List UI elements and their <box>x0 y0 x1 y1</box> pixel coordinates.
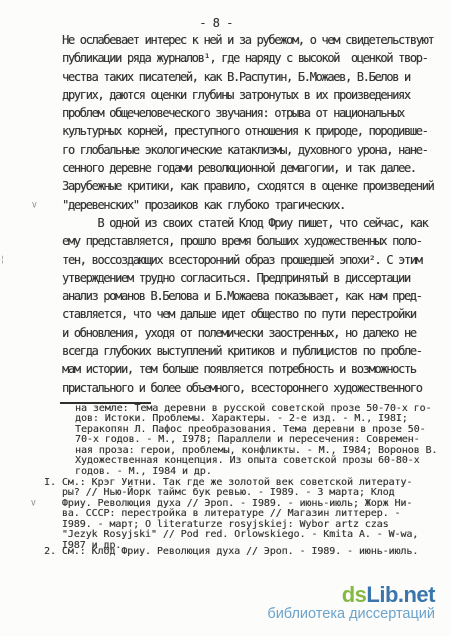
page-number: - 8 - <box>188 16 244 30</box>
dslib-logo-libnet: Lib.net <box>366 582 435 607</box>
footnote-2: 2. См.: Клод Фриу. Революция духа // Эро… <box>44 547 418 557</box>
footnote-1: I. См.: Крэг Уитни. Так где же золотой в… <box>44 478 418 551</box>
scan-artifact-edge-tick: ¦ <box>1 256 4 264</box>
main-body-text: Не ослабевает интерес к ней и за рубежом… <box>62 31 444 397</box>
scan-artifact-mark: v <box>31 498 36 508</box>
dslib-subtitle: библиотека диссертаций <box>267 607 435 622</box>
dslib-logo: dsLib.net <box>267 583 435 606</box>
footnote-continuation: на земле: Тема деревни в русской советск… <box>75 404 437 477</box>
dslib-watermark: dsLib.net библиотека диссертаций <box>267 583 435 622</box>
scan-artifact-mark: v <box>32 200 37 210</box>
dslib-logo-ds: ds <box>342 582 367 607</box>
scanned-dissertation-page: - 8 - Не ослабевает интерес к ней и за р… <box>0 0 450 636</box>
